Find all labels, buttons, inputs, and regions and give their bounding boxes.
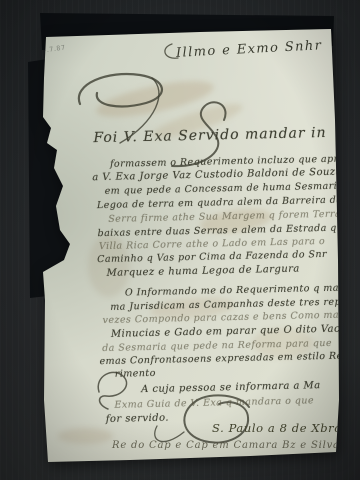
photo-vignette — [0, 0, 360, 480]
photo-stage: 4.7.87 Illmo e Exmo Snhr Foi V. Exa Serv… — [0, 0, 360, 480]
